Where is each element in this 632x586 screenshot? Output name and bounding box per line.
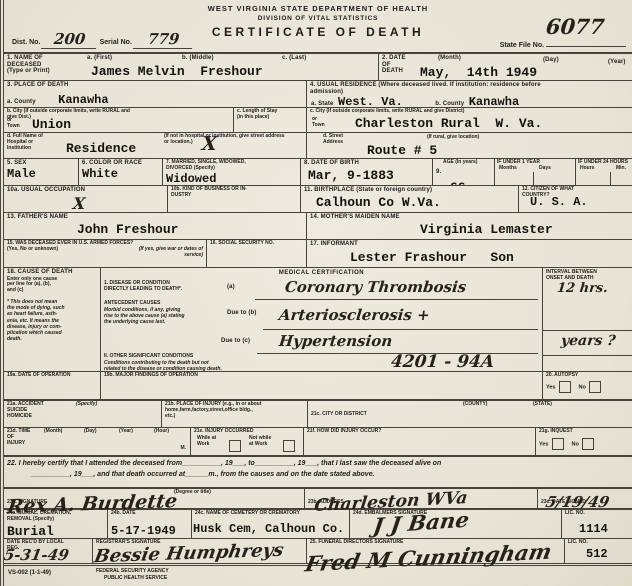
inquest-no-label: No (572, 441, 579, 447)
mother-label: 14. MOTHER'S MAIDEN NAME (310, 214, 629, 221)
place-of-death-label: 3. PLACE OF DEATH (7, 82, 303, 89)
sex-value: Male (7, 167, 75, 181)
autopsy-yes-checkbox (559, 381, 571, 393)
injury-day-label: (Day) (84, 429, 97, 435)
city-res-or-town: or Town (312, 117, 325, 129)
antecedent-text: Morbid conditions, if any, giving rise t… (104, 307, 224, 326)
cause-a-label: (a) (227, 280, 255, 300)
inquest-yes-label: Yes (539, 441, 548, 447)
name-value: James Melvin Freshour (91, 64, 263, 79)
service-name: PUBLIC HEALTH SERVICE (104, 576, 167, 582)
name-middle-label: b. (Middle) (182, 55, 214, 62)
box-operation-date: 19a. DATE OF OPERATION (4, 372, 100, 399)
agency-name: FEDERAL SECURITY AGENCY (96, 569, 169, 575)
box-citizen: 12. CITIZEN OF WHAT COUNTRY? U. S. A. (518, 186, 632, 212)
while-at-work-checkbox (229, 440, 241, 452)
inquest-no-checkbox (582, 438, 594, 450)
box-funeral-director-lic: LIC. NO. 512 (564, 539, 632, 563)
residence-state-value: West. Va. (338, 95, 403, 107)
injury-how-label: 21f. HOW DID INJURY OCCUR? (307, 429, 532, 435)
box-city-of-residence: c. City (If outside corporate limits, wr… (306, 108, 632, 132)
box-age: 9. 66 AGE (In years) IF UNDER 1 YEAR Mon… (432, 159, 632, 185)
cause-sub: Enter only one cause per line for (a), (… (7, 277, 97, 294)
inquest-yes-checkbox (552, 438, 564, 450)
marital-label: 7. MARRIED, SINGLE, WIDOWED, DIVORCED (S… (166, 160, 297, 172)
serial-no-value: 779 (133, 30, 194, 49)
marital-value: Widowed (166, 172, 297, 186)
stay-label: c. Length of Stay (in this place) (237, 109, 303, 121)
injury-time-label: 21d. TIME OF INJURY (7, 429, 30, 446)
box-operation-findings: 19b. MAJOR FINDINGS OF OPERATION (100, 372, 542, 399)
death-date-label: 2. DATE OF DEATH (382, 55, 418, 79)
father-value: John Freshour (77, 222, 303, 237)
box-autopsy: 20. AUTOPSY Yes No (542, 372, 632, 399)
name-label: 1. NAME OF DECEASED (Type or Print) (7, 55, 87, 79)
box-place-of-death: 3. PLACE OF DEATH a. County Kanawha (4, 81, 306, 107)
box-injury-occurred: 21e. INJURY OCCURRED While at Work Not w… (190, 428, 303, 455)
cause-b-label: Due to (b) (227, 300, 263, 330)
autopsy-no-checkbox (589, 381, 601, 393)
burial-value: Burial (7, 524, 104, 539)
box-cause-of-death-label: 18. CAUSE OF DEATH Enter only one cause … (4, 268, 100, 371)
under-year-months: Months (499, 166, 517, 172)
under-24-min: Min. (616, 166, 626, 172)
county-label: a. County (7, 99, 36, 105)
institution-x-mark: X (201, 133, 218, 155)
box-date-signed: 23c. DATE SIGNED 5/19/49 (537, 489, 632, 508)
informant-label: 17. INFORMANT (310, 241, 629, 248)
street-label: d. Street Address (323, 134, 343, 146)
age-number-label: 9. (436, 169, 441, 175)
business-label: 10b. KIND OF BUSINESS OR IN- DUSTRY (171, 187, 297, 199)
box-institution: d. Full Name of Hospital or Institution … (4, 133, 306, 158)
institution-label: d. Full Name of Hospital or Institution (7, 134, 43, 151)
death-date-value: May, 14th 1949 (420, 65, 537, 80)
name-last-label: c. (Last) (282, 55, 306, 62)
cause-label: 18. CAUSE OF DEATH (7, 269, 97, 276)
cemetery-value: Husk Cem, Calhoun Co. (193, 522, 346, 536)
burial-date-value: 5-17-1949 (111, 524, 188, 538)
age-years-label: AGE (In years) (443, 160, 477, 166)
state-file-no: State File No. (500, 42, 626, 49)
not-while-at-work-label: Not while at Work (249, 436, 271, 448)
operation-findings-label: 19b. MAJOR FINDINGS OF OPERATION (104, 373, 539, 379)
date-signed-value: 5/19/49 (544, 493, 611, 511)
box-how-injury-occurred: 21f. HOW DID INJURY OCCUR? (303, 428, 535, 455)
accident-label: 21a. ACCIDENT SUICIDE HOMICIDE (7, 402, 44, 419)
residence-county-label: b. County (435, 101, 464, 107)
embalmer-lic-label: LIC. NO. (565, 511, 629, 517)
box-inquest: 21g. INQUEST Yes No (535, 428, 632, 455)
residence-county-value: Kanawha (469, 95, 519, 107)
birthplace-label: 11. BIRTHPLACE (State or foreign country… (304, 187, 515, 194)
under-year-days: Days (539, 166, 551, 172)
box-sex: 5. SEX Male (4, 159, 78, 185)
name-first-label: a. (First) (87, 55, 112, 62)
mother-value: Virginia Lemaster (420, 222, 629, 237)
box-embalmer-signature: 24d. EMBALMERS SIGNATURE J J Bane (349, 510, 561, 538)
box-accident: 21a. ACCIDENT SUICIDE HOMICIDE (Specify) (4, 401, 161, 427)
box-birthplace: 11. BIRTHPLACE (State or foreign country… (300, 186, 518, 212)
department-title: WEST VIRGINIA STATE DEPARTMENT OF HEALTH (4, 0, 632, 13)
box-date-received: DATE REC'D BY LOCAL REG. 5-31-49 (4, 539, 92, 563)
injury-place-label: 21b. PLACE OF INJURY (e.g., in or about … (165, 402, 304, 419)
funeral-lic-value: 512 (586, 547, 629, 561)
box-occupation: 10a. USUAL OCCUPATION X (4, 186, 167, 212)
box-medical-certification: MEDICAL CERTIFICATION 1. DISEASE OR COND… (100, 268, 542, 371)
autopsy-no-label: No (579, 384, 586, 390)
injury-month-label: (Month) (44, 429, 62, 435)
cause-a-value: Coronary Thrombosis (284, 278, 467, 296)
box-informant: 17. INFORMANT Lester Frashour Son (306, 240, 632, 267)
operation-date-label: 19a. DATE OF OPERATION (7, 373, 97, 379)
injury-hour-label: (Hour) (154, 429, 169, 435)
box-certify-statement: 22. I hereby certify that I attended the… (4, 457, 632, 487)
box-name-of-deceased: 1. NAME OF DECEASED (Type or Print) a. (… (4, 54, 378, 80)
city-res-label: c. City (If outside corporate limits, wr… (310, 109, 629, 115)
injury-m-label: M. (180, 446, 186, 452)
serial-no-label: Serial No. (100, 39, 132, 46)
death-month-label: (Month) (438, 55, 461, 62)
death-year-label: (Year) (608, 59, 626, 66)
certify-line2: __________, 19___, and that death occurr… (31, 471, 629, 478)
dist-no-label: Dist. No. (12, 39, 40, 46)
box-burial-date: 24b. DATE 5-17-1949 (107, 510, 191, 538)
city-res-value: Charleston Rural W. Va. (355, 116, 542, 131)
cause-c-label: Due to (c) (221, 330, 257, 354)
box-attendant-address: 23b. ADDRESS Charleston WVa (304, 489, 537, 508)
disease-condition-label: 1. DISEASE OR CONDITION DIRECTLY LEADING… (101, 280, 227, 300)
box-place-of-injury: 21b. PLACE OF INJURY (e.g., in or about … (161, 401, 307, 427)
form-number: VS-002 (1-1-49) (8, 570, 51, 577)
box-funeral-director-signature: 25. FUNERAL DIRECTORS SIGNATURE Fred M C… (306, 539, 564, 563)
injury-year-label: (Year) (119, 429, 133, 435)
attendant-degree-label: (Degree or title) (174, 490, 211, 496)
city-death-value: Union (32, 117, 71, 132)
sex-label: 5. SEX (7, 160, 75, 167)
box-street-address: d. Street Address (If rural, give locati… (306, 133, 632, 158)
injury-occurred-label: 21e. INJURY OCCURRED (194, 429, 300, 435)
death-day-label: (Day) (543, 57, 559, 64)
box-embalmer-lic: LIC. NO. 1114 (561, 510, 632, 538)
interval-label: INTERVAL BETWEEN ONSET AND DEATH (546, 270, 629, 282)
county-value: Kanawha (58, 93, 108, 107)
other-conditions-value: 4201 - 94A (390, 352, 495, 371)
under-24-hours: Hours (580, 166, 594, 172)
injury-county-label: (COUNTY) (463, 402, 487, 408)
injury-state-label: (STATE) (533, 402, 552, 408)
autopsy-label: 20. AUTOPSY (546, 373, 629, 379)
certify-line1: 22. I hereby certify that I attended the… (7, 460, 629, 467)
age-value: 66 (450, 180, 491, 185)
embalmer-lic-value: 1114 (579, 522, 629, 536)
citizen-value: U. S. A. (530, 195, 629, 209)
interval-a-value: 12 hrs. (556, 281, 608, 296)
box-attendant-signature: 23a. SIGNATURE (Degree or title) Rex A. … (4, 489, 304, 508)
occupation-label: 10a. USUAL OCCUPATION (7, 187, 164, 194)
form-header: WEST VIRGINIA STATE DEPARTMENT OF HEALTH… (4, 0, 632, 52)
inquest-label: 21g. INQUEST (539, 429, 629, 435)
funeral-lic-label: LIC. NO. (568, 540, 629, 546)
cause-c-value: Hypertension (278, 332, 393, 350)
armed-forces-sub: (Yes, No or unknown) (7, 247, 85, 259)
cause-footnote: * This does not mean the mode of dying, … (7, 299, 97, 343)
race-label: 6. COLOR OR RACE (82, 160, 159, 167)
box-date-of-birth: 8. DATE OF BIRTH Mar, 9-1883 (300, 159, 432, 185)
box-business: 10b. KIND OF BUSINESS OR IN- DUSTRY (167, 186, 300, 212)
street-value: Route # 5 (367, 143, 437, 158)
box-date-of-death: 2. DATE OF DEATH (Month) (Day) (Year) Ma… (378, 54, 632, 80)
informant-value: Lester Frashour Son (350, 250, 629, 265)
birthplace-value: Calhoun Co W.Va. (316, 195, 515, 210)
institution-value: Residence (66, 141, 136, 156)
injury-city-label: 21c. CITY OR DISTRICT (311, 411, 367, 417)
box-father-name: 13. FATHER'S NAME John Freshour (4, 213, 306, 239)
while-at-work-label: While at Work (197, 436, 216, 448)
box-injury-city: 21c. CITY OR DISTRICT (COUNTY) (STATE) (307, 401, 632, 427)
not-while-at-work-checkbox (283, 440, 295, 452)
race-value: White (82, 167, 159, 181)
state-file-value: 6077 (544, 14, 605, 39)
occupation-x-mark: X (72, 194, 86, 212)
dist-no-value: 200 (41, 30, 98, 49)
box-interval: INTERVAL BETWEEN ONSET AND DEATH 12 hrs.… (542, 268, 632, 371)
box-marital-status: 7. MARRIED, SINGLE, WIDOWED, DIVORCED (S… (162, 159, 300, 185)
box-armed-forces: 15. WAS DECEASED EVER IN U.S. ARMED FORC… (4, 240, 206, 267)
date-received-value: 5-31-49 (2, 546, 70, 564)
box-ssn: 16. SOCIAL SECURITY NO. (206, 240, 306, 267)
state-file-blank (546, 46, 626, 47)
birth-date-value: Mar, 9-1883 (308, 168, 429, 183)
interval-c-value: years ? (560, 333, 616, 349)
box-time-of-injury: 21d. TIME OF INJURY (Month) (Day) (Year)… (4, 428, 190, 455)
box-mother-name: 14. MOTHER'S MAIDEN NAME Virginia Lemast… (306, 213, 632, 239)
father-label: 13. FATHER'S NAME (7, 214, 303, 221)
autopsy-yes-label: Yes (546, 384, 555, 390)
box-registrar-signature: REGISTRAR'S SIGNATURE Bessie Humphreys (92, 539, 306, 563)
death-certificate: WEST VIRGINIA STATE DEPARTMENT OF HEALTH… (0, 0, 632, 586)
other-conditions-text: Conditions contributing to the death but… (104, 360, 354, 371)
residence-state-label: a. State (311, 101, 334, 107)
armed-forces-paren: (If yes, give war or dates of service) (85, 247, 203, 259)
birth-date-label: 8. DATE OF BIRTH (304, 160, 429, 167)
district-serial: Dist. No. 200 Serial No. 779 (12, 30, 193, 49)
box-usual-residence: 4. USUAL RESIDENCE (Where deceased lived… (306, 81, 632, 107)
state-file-label: State File No. (500, 42, 544, 49)
box-race: 6. COLOR OR RACE White (78, 159, 162, 185)
box-city-of-death: b. City (If outside corporate limits, wr… (4, 108, 233, 132)
ssn-label: 16. SOCIAL SECURITY NO. (210, 241, 303, 247)
division-title: DIVISION OF VITAL STATISTICS (4, 15, 632, 22)
institution-paren: (If not in hospital or institution, give… (164, 134, 300, 146)
cause-b-value: Arteriosclerosis + (278, 306, 431, 324)
street-paren: (If rural, give location) (427, 135, 479, 141)
city-death-or-town: or Town (7, 118, 20, 130)
box-length-of-stay: c. Length of Stay (in this place) (233, 108, 306, 132)
accident-specify: (Specify) (76, 402, 97, 408)
